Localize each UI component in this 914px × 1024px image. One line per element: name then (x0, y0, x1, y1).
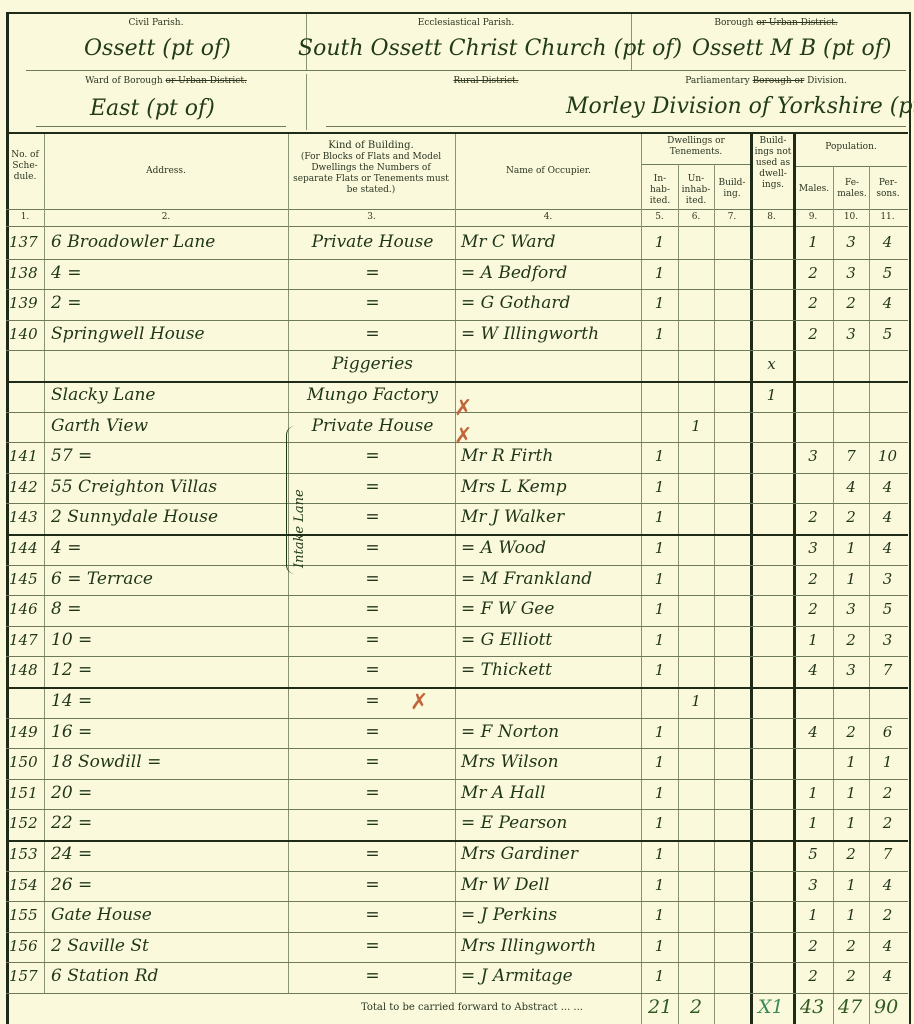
rural-district-label: Rural District. (436, 76, 536, 87)
cell-address: Gate House (48, 901, 291, 930)
cell-inh: 1 (641, 718, 678, 747)
table-top-rule (6, 132, 908, 134)
column-number: 5. (641, 212, 678, 222)
red-tick-mark: ✗ (454, 396, 472, 421)
cell-p: 4 (869, 473, 906, 502)
cell-kind: = (290, 320, 455, 349)
cell-address: 24 = (48, 840, 291, 869)
cell-kind: = (290, 962, 455, 991)
cell-kind: = (290, 932, 455, 961)
cell-f: 1 (833, 565, 869, 594)
cell-f: 3 (833, 228, 869, 257)
cell-address: 20 = (48, 779, 291, 808)
cell-no: 149 (6, 718, 47, 747)
cell-m: 3 (793, 871, 833, 900)
census-page: Civil Parish. Ossett (pt of) Ecclesiasti… (6, 8, 912, 1024)
cell-address: 2 Sunnydale House (48, 503, 291, 532)
cell-kind: = (290, 626, 455, 655)
cell-inh: 1 (641, 442, 678, 471)
cell-kind: = (290, 503, 455, 532)
cell-occupier: Mrs L Kemp (458, 473, 644, 502)
cell-no: 157 (6, 962, 47, 991)
cell-no: 146 (6, 595, 47, 624)
cell-inh: 1 (641, 259, 678, 288)
cell-address: Springwell House (48, 320, 291, 349)
col-schedule-header: No. of Sche- dule. (6, 150, 44, 183)
col-address-header: Address. (46, 166, 286, 177)
cell-inh: 1 (641, 626, 678, 655)
cell-inh: 1 (641, 871, 678, 900)
col-not-dwellings-header: Build- ings not used as dwell- ings. (753, 136, 793, 191)
cell-no: 143 (6, 503, 47, 532)
cell-m: 2 (793, 289, 833, 318)
red-tick-mark: ✗ (454, 424, 472, 449)
parliamentary-value: Morley Division of Yorkshire (pt of) (566, 94, 914, 119)
cell-address: 6 = Terrace (48, 565, 291, 594)
cell-no: 150 (6, 748, 47, 777)
cell-f: 1 (833, 748, 869, 777)
column-number: 3. (288, 212, 455, 222)
grid-v (714, 164, 715, 1024)
column-number: 4. (455, 212, 641, 222)
cell-address: 22 = (48, 809, 291, 838)
cell-address: Garth View (48, 412, 291, 441)
cell-occupier: = A Wood (458, 534, 644, 563)
cell-no: 139 (6, 289, 47, 318)
total-inhabited: 21 (648, 996, 672, 1018)
cell-address: 6 Station Rd (48, 962, 291, 991)
cell-p: 5 (869, 320, 906, 349)
cell-address: 4 = (48, 534, 291, 563)
total-females: 47 (838, 996, 862, 1018)
cell-m: 5 (793, 840, 833, 869)
red-tick-mark: ✗ (410, 690, 428, 715)
cell-kind: = (290, 779, 455, 808)
grid-v (750, 134, 753, 1024)
col-inhabited-header: In- hab- ited. (643, 174, 677, 207)
cell-occupier: = G Gothard (458, 289, 644, 318)
cell-occupier: = J Perkins (458, 901, 644, 930)
cell-address: Slacky Lane (48, 381, 291, 410)
cell-no: 147 (6, 626, 47, 655)
col-building-header: Build- ing. (715, 178, 749, 200)
cell-no: 141 (6, 442, 47, 471)
cell-kind: = (290, 565, 455, 594)
cell-no: 156 (6, 932, 47, 961)
cell-m: 2 (793, 320, 833, 349)
cell-m: 3 (793, 442, 833, 471)
cell-p: 4 (869, 871, 906, 900)
col-females-header: Fe- males. (835, 178, 869, 200)
cell-p: 4 (869, 228, 906, 257)
cell-inh: 1 (641, 748, 678, 777)
cell-no: 155 (6, 901, 47, 930)
cell-m: 2 (793, 565, 833, 594)
cell-m: 4 (793, 656, 833, 685)
cell-occupier: = J Armitage (458, 962, 644, 991)
col-persons-header: Per- sons. (871, 178, 905, 200)
cell-no: 152 (6, 809, 47, 838)
cell-inh: 1 (641, 779, 678, 808)
cell-inh: 1 (641, 901, 678, 930)
cell-kind: Piggeries (290, 350, 455, 379)
cell-p: 4 (869, 534, 906, 563)
cell-f: 2 (833, 962, 869, 991)
cell-f: 1 (833, 871, 869, 900)
cell-occupier: = Thickett (458, 656, 644, 685)
totals-label: Total to be carried forward to Abstract … (361, 1002, 583, 1013)
ecclesiastical-parish-value: South Ossett Christ Church (pt of) (298, 36, 682, 61)
cell-no: 154 (6, 871, 47, 900)
cell-f: 2 (833, 503, 869, 532)
cell-occupier: = F W Gee (458, 595, 644, 624)
cell-inh: 1 (641, 809, 678, 838)
cell-notdw: 1 (750, 381, 793, 410)
cell-no: 144 (6, 534, 47, 563)
ward-label: Ward of Borough or Urban District. (56, 76, 276, 87)
cell-f: 1 (833, 779, 869, 808)
cell-p: 7 (869, 656, 906, 685)
cell-m: 1 (793, 626, 833, 655)
cell-occupier: = E Pearson (458, 809, 644, 838)
cell-kind: = (290, 473, 455, 502)
numbers-bottom-rule (6, 226, 908, 227)
cell-occupier: Mr A Hall (458, 779, 644, 808)
cell-uninh: 1 (678, 412, 714, 441)
cell-occupier: Mr W Dell (458, 871, 644, 900)
col-uninhabited-header: Un- inhab- ited. (679, 174, 713, 207)
cell-no: 148 (6, 656, 47, 685)
borough-value: Ossett M B (pt of) (692, 36, 891, 61)
cell-kind: Private House (290, 412, 455, 441)
cell-m: 1 (793, 779, 833, 808)
cell-f: 2 (833, 932, 869, 961)
cell-kind: = (290, 718, 455, 747)
cell-occupier: Mrs Gardiner (458, 840, 644, 869)
grid-v (678, 164, 679, 1024)
cell-kind: = (290, 687, 455, 716)
col-population-header: Population. (796, 142, 906, 153)
cell-inh: 1 (641, 840, 678, 869)
cell-p: 3 (869, 565, 906, 594)
cell-p: 2 (869, 809, 906, 838)
header-underline (326, 126, 906, 127)
row-rule (6, 993, 908, 994)
cell-kind: = (290, 748, 455, 777)
column-number: 6. (678, 212, 714, 222)
column-number: 9. (793, 212, 833, 222)
cell-kind: = (290, 840, 455, 869)
cell-address: 18 Sowdill = (48, 748, 291, 777)
cell-f: 2 (833, 626, 869, 655)
cell-address: 14 = (48, 687, 291, 716)
cell-f: 2 (833, 289, 869, 318)
cell-inh: 1 (641, 473, 678, 502)
cell-occupier: Mr C Ward (458, 228, 644, 257)
total-not-dwellings: X1 (758, 996, 784, 1018)
cell-f: 1 (833, 534, 869, 563)
civil-parish-label: Civil Parish. (46, 18, 266, 29)
col-kind-header: Kind of Building. (291, 140, 451, 151)
cell-kind: = (290, 901, 455, 930)
cell-m: 4 (793, 718, 833, 747)
cell-occupier: = W Illingworth (458, 320, 644, 349)
parliamentary-label: Parliamentary Borough or Division. (646, 76, 886, 87)
cell-m: 2 (793, 259, 833, 288)
cell-inh: 1 (641, 228, 678, 257)
cell-kind: = (290, 595, 455, 624)
col-occupier-header: Name of Occupier. (456, 166, 641, 177)
group-rule (795, 166, 907, 167)
cell-inh: 1 (641, 932, 678, 961)
column-number: 8. (750, 212, 793, 222)
cell-p: 2 (869, 779, 906, 808)
cell-occupier: Mr J Walker (458, 503, 644, 532)
cell-p: 6 (869, 718, 906, 747)
cell-kind: = (290, 809, 455, 838)
cell-no: 145 (6, 565, 47, 594)
cell-p: 5 (869, 259, 906, 288)
ward-value: East (pt of) (90, 96, 215, 121)
cell-f: 2 (833, 718, 869, 747)
cell-address: 6 Broadowler Lane (48, 228, 291, 257)
cell-no: 138 (6, 259, 47, 288)
cell-kind: = (290, 871, 455, 900)
cell-p: 2 (869, 901, 906, 930)
cell-occupier: Mr R Firth (458, 442, 644, 471)
cell-f: 1 (833, 901, 869, 930)
cell-notdw: x (750, 350, 793, 379)
cell-f: 7 (833, 442, 869, 471)
cell-m: 2 (793, 932, 833, 961)
cell-p: 3 (869, 626, 906, 655)
cell-inh: 1 (641, 503, 678, 532)
cell-address: 12 = (48, 656, 291, 685)
borough-label: Borough or Urban District. (666, 18, 886, 29)
header-rule (26, 70, 906, 71)
cell-no: 137 (6, 228, 47, 257)
cell-m: 2 (793, 962, 833, 991)
cell-f: 3 (833, 595, 869, 624)
header-bottom-rule (6, 209, 908, 210)
cell-p: 4 (869, 503, 906, 532)
cell-address: 26 = (48, 871, 291, 900)
cell-address: 16 = (48, 718, 291, 747)
cell-m: 3 (793, 534, 833, 563)
cell-inh: 1 (641, 320, 678, 349)
cell-address: 55 Creighton Villas (48, 473, 291, 502)
cell-inh: 1 (641, 595, 678, 624)
cell-p: 1 (869, 748, 906, 777)
cell-m: 1 (793, 228, 833, 257)
cell-p: 7 (869, 840, 906, 869)
cell-no: 153 (6, 840, 47, 869)
cell-uninh: 1 (678, 687, 714, 716)
cell-kind: Mungo Factory (290, 381, 455, 410)
cell-p: 4 (869, 932, 906, 961)
cell-no: 151 (6, 779, 47, 808)
cell-occupier: = M Frankland (458, 565, 644, 594)
column-number: 7. (714, 212, 750, 222)
ecclesiastical-parish-label: Ecclesiastical Parish. (336, 18, 596, 29)
cell-occupier: = F Norton (458, 718, 644, 747)
col-males-header: Males. (795, 184, 833, 195)
cell-m: 2 (793, 595, 833, 624)
cell-no: 142 (6, 473, 47, 502)
cell-address: 2 Saville St (48, 932, 291, 961)
total-persons: 90 (874, 996, 898, 1018)
cell-occupier: = A Bedford (458, 259, 644, 288)
col-dwellings-group-header: Dwellings or Tenements. (641, 136, 751, 158)
cell-inh: 1 (641, 656, 678, 685)
cell-p: 10 (869, 442, 906, 471)
cell-m: 2 (793, 503, 833, 532)
cell-kind: = (290, 289, 455, 318)
group-rule (641, 164, 751, 165)
cell-f: 3 (833, 259, 869, 288)
column-number: 11. (869, 212, 906, 222)
cell-f: 4 (833, 473, 869, 502)
top-rule (6, 12, 908, 14)
cell-address: 2 = (48, 289, 291, 318)
cell-m: 1 (793, 901, 833, 930)
civil-parish-value: Ossett (pt of) (84, 36, 231, 61)
total-males: 43 (800, 996, 824, 1018)
cell-address: 4 = (48, 259, 291, 288)
column-number: 2. (44, 212, 288, 222)
cell-inh: 1 (641, 289, 678, 318)
cell-f: 1 (833, 809, 869, 838)
cell-inh: 1 (641, 565, 678, 594)
cell-kind: = (290, 534, 455, 563)
cell-m: 1 (793, 809, 833, 838)
cell-f: 3 (833, 320, 869, 349)
cell-occupier: Mrs Wilson (458, 748, 644, 777)
cell-f: 3 (833, 656, 869, 685)
cell-no: 140 (6, 320, 47, 349)
cell-inh: 1 (641, 534, 678, 563)
ward-underline (36, 126, 286, 127)
column-number: 1. (6, 212, 44, 222)
cell-kind: Private House (290, 228, 455, 257)
cell-occupier: = G Elliott (458, 626, 644, 655)
cell-inh: 1 (641, 962, 678, 991)
cell-p: 5 (869, 595, 906, 624)
header-divider (306, 74, 307, 130)
column-number: 10. (833, 212, 869, 222)
cell-kind: = (290, 259, 455, 288)
cell-address: 8 = (48, 595, 291, 624)
cell-f: 2 (833, 840, 869, 869)
total-uninhabited: 2 (690, 996, 702, 1018)
cell-kind: = (290, 656, 455, 685)
cell-kind: = (290, 442, 455, 471)
cell-p: 4 (869, 962, 906, 991)
cell-p: 4 (869, 289, 906, 318)
cell-occupier: Mrs Illingworth (458, 932, 644, 961)
col-kind-note: (For Blocks of Flats and Model Dwellings… (291, 152, 451, 196)
cell-address: 57 = (48, 442, 291, 471)
bracket-note: Intake Lane (292, 489, 307, 568)
cell-address: 10 = (48, 626, 291, 655)
